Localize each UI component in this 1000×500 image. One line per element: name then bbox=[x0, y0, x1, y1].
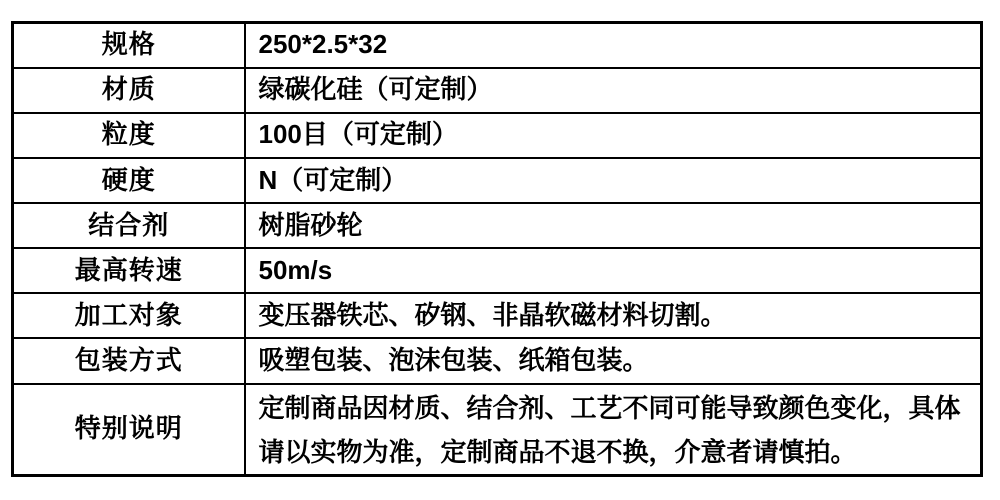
product-spec-page: 规格 250*2.5*32 材质 绿碳化硅（可定制） 粒度 100目（可定制） … bbox=[0, 0, 1000, 500]
spec-label-cell: 材质 bbox=[13, 68, 245, 113]
table-row: 材质 绿碳化硅（可定制） bbox=[13, 68, 982, 113]
table-row: 最高转速 50m/s bbox=[13, 248, 982, 293]
spec-value-cell: 变压器铁芯、矽钢、非晶软磁材料切割。 bbox=[245, 293, 982, 338]
spec-label-cell: 加工对象 bbox=[13, 293, 245, 338]
spec-value-cell: N（可定制） bbox=[245, 158, 982, 203]
spec-label-cell: 硬度 bbox=[13, 158, 245, 203]
spec-value-cell: 250*2.5*32 bbox=[245, 23, 982, 68]
spec-label-cell: 特别说明 bbox=[13, 384, 245, 476]
spec-value-cell: 定制商品因材质、结合剂、工艺不同可能导致颜色变化，具体请以实物为准，定制商品不退… bbox=[245, 384, 982, 476]
table-row: 硬度 N（可定制） bbox=[13, 158, 982, 203]
spec-label-cell: 规格 bbox=[13, 23, 245, 68]
spec-value-cell: 树脂砂轮 bbox=[245, 203, 982, 248]
spec-value-cell: 50m/s bbox=[245, 248, 982, 293]
spec-label-cell: 包装方式 bbox=[13, 338, 245, 383]
table-row: 加工对象 变压器铁芯、矽钢、非晶软磁材料切割。 bbox=[13, 293, 982, 338]
table-row: 结合剂 树脂砂轮 bbox=[13, 203, 982, 248]
table-row: 粒度 100目（可定制） bbox=[13, 113, 982, 158]
spec-label-cell: 最高转速 bbox=[13, 248, 245, 293]
spec-label-cell: 粒度 bbox=[13, 113, 245, 158]
table-row: 包装方式 吸塑包装、泡沫包装、纸箱包装。 bbox=[13, 338, 982, 383]
table-row: 规格 250*2.5*32 bbox=[13, 23, 982, 68]
spec-table: 规格 250*2.5*32 材质 绿碳化硅（可定制） 粒度 100目（可定制） … bbox=[11, 21, 983, 477]
spec-value-cell: 绿碳化硅（可定制） bbox=[245, 68, 982, 113]
spec-value-cell: 100目（可定制） bbox=[245, 113, 982, 158]
table-row: 特别说明 定制商品因材质、结合剂、工艺不同可能导致颜色变化，具体请以实物为准，定… bbox=[13, 384, 982, 476]
spec-value-cell: 吸塑包装、泡沫包装、纸箱包装。 bbox=[245, 338, 982, 383]
spec-label-cell: 结合剂 bbox=[13, 203, 245, 248]
